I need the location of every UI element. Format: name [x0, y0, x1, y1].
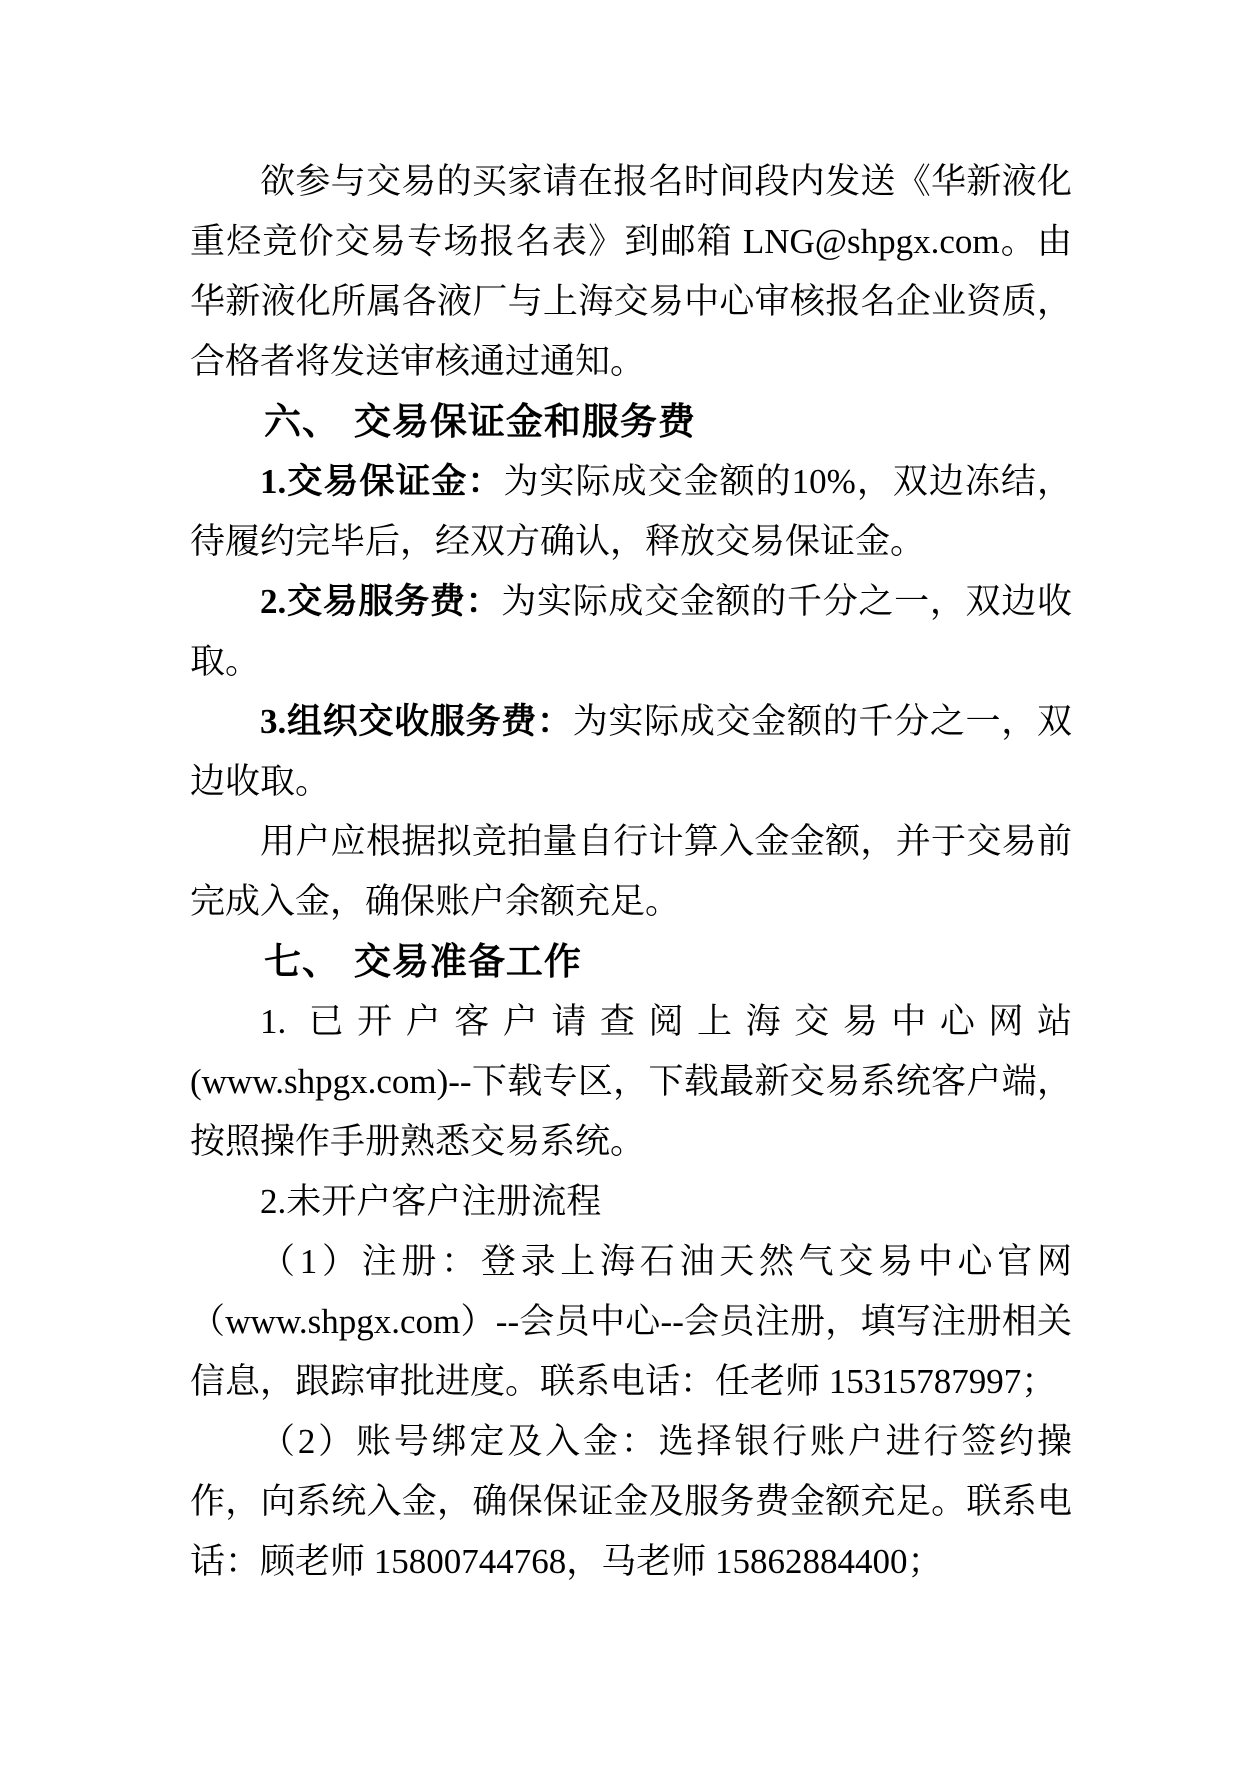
- paragraph: （2）账号绑定及入金：选择银行账户进行签约操作，向系统入金，确保保证金及服务费金…: [190, 1412, 1072, 1592]
- paragraph: 1. 已开户客户请查阅上海交易中心网站(www.shpgx.com)--下载专区…: [190, 992, 1072, 1172]
- text-run: 欲参与交易的买家请在报名时间段内发送《华新液化重烃竞价交易专场报名表》到邮箱 L…: [190, 162, 1072, 381]
- paragraph: 2.未开户客户注册流程: [190, 1172, 1072, 1232]
- paragraph: 3.组织交收服务费：为实际成交金额的千分之一，双边收取。: [190, 692, 1072, 812]
- section-heading: 六、 交易保证金和服务费: [190, 392, 1072, 452]
- text-run: （1）注册：登录上海石油天然气交易中心官网（www.shpgx.com）--会员…: [190, 1242, 1072, 1401]
- text-run: 用户应根据拟竞拍量自行计算入金金额，并于交易前完成入金，确保账户余额充足。: [190, 822, 1072, 921]
- section-heading: 七、 交易准备工作: [190, 932, 1072, 992]
- paragraph: 1.交易保证金：为实际成交金额的10%，双边冻结，待履约完毕后，经双方确认，释放…: [190, 452, 1072, 572]
- paragraph: 欲参与交易的买家请在报名时间段内发送《华新液化重烃竞价交易专场报名表》到邮箱 L…: [190, 152, 1072, 392]
- text-run: （2）账号绑定及入金：选择银行账户进行签约操作，向系统入金，确保保证金及服务费金…: [190, 1422, 1072, 1581]
- paragraph: （1）注册：登录上海石油天然气交易中心官网（www.shpgx.com）--会员…: [190, 1232, 1072, 1412]
- paragraph: 2.交易服务费：为实际成交金额的千分之一，双边收取。: [190, 572, 1072, 692]
- bold-text-run: 七、 交易准备工作: [264, 940, 582, 983]
- text-run: 2.未开户客户注册流程: [260, 1182, 601, 1221]
- bold-text-run: 2.交易服务费：: [260, 582, 501, 621]
- paragraph: 用户应根据拟竞拍量自行计算入金金额，并于交易前完成入金，确保账户余额充足。: [190, 812, 1072, 932]
- text-run: 1. 已开户客户请查阅上海交易中心网站(www.shpgx.com)--下载专区…: [190, 1002, 1072, 1161]
- bold-text-run: 六、 交易保证金和服务费: [264, 400, 696, 443]
- document-page: 欲参与交易的买家请在报名时间段内发送《华新液化重烃竞价交易专场报名表》到邮箱 L…: [0, 0, 1256, 1777]
- bold-text-run: 3.组织交收服务费：: [260, 702, 573, 741]
- document-body: 欲参与交易的买家请在报名时间段内发送《华新液化重烃竞价交易专场报名表》到邮箱 L…: [190, 152, 1072, 1592]
- bold-text-run: 1.交易保证金：: [260, 462, 503, 501]
